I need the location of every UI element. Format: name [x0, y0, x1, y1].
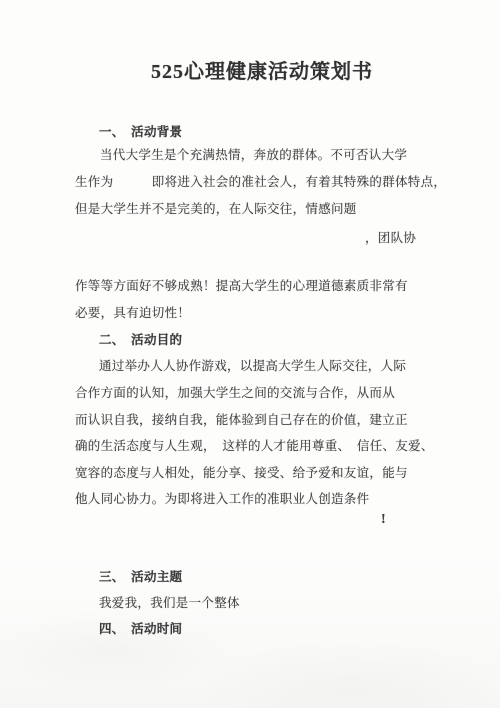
body-line: 宽容的态度与人相处，能分享、接受、给予爱和友谊，能与 [75, 467, 408, 480]
body-line: 生作为 即将进入社会的准社会人，有着其特殊的群体特点， [75, 176, 446, 189]
body-line: 作等等方面好不够成熟！提高大学生的心理道德素质非常有 [75, 280, 408, 293]
body-line: 而认识自我，接纳自我，能体验到自己存在的价值，建立正 [75, 414, 408, 427]
section1-heading: 一、 活动背景 [99, 126, 182, 139]
body-line: 我爱我，我们是一个整体 [99, 597, 240, 610]
section4-heading: 四、 活动时间 [99, 623, 182, 636]
section2-heading: 二、 活动目的 [99, 334, 182, 347]
body-line: 合作方面的认知，加强大学生之间的交流与合作，从而从 [75, 387, 395, 400]
body-line: 通过举办人人协作游戏，以提高大学生人际交往，人际 [99, 360, 406, 373]
document-title: 525心理健康活动策划书 [24, 62, 500, 82]
body-line: 他人同心协力。为即将进入工作的准职业人创造条件 [75, 493, 369, 506]
body-line: 必要，具有迫切性！ [75, 307, 190, 320]
exclamation-mark: ! [381, 513, 386, 527]
body-line: 确的生活态度与人生观， 这样的人才能用尊重、 信任、友爱、 [75, 440, 434, 453]
body-line: 当代大学生是个充满热情，奔放的群体。不可否认大学 [100, 149, 407, 162]
section3-heading: 三、 活动主题 [99, 571, 182, 584]
scanned-document-page: { "document": { "title": "525心理健康活动策划书",… [0, 0, 500, 708]
body-line: ，团队协 [365, 232, 416, 245]
document-page: 525心理健康活动策划书 一、 活动背景 当代大学生是个充满热情，奔放的群体。不… [0, 0, 500, 708]
body-line: 但是大学生并不是完美的，在人际交往，情感问题 [75, 203, 357, 216]
